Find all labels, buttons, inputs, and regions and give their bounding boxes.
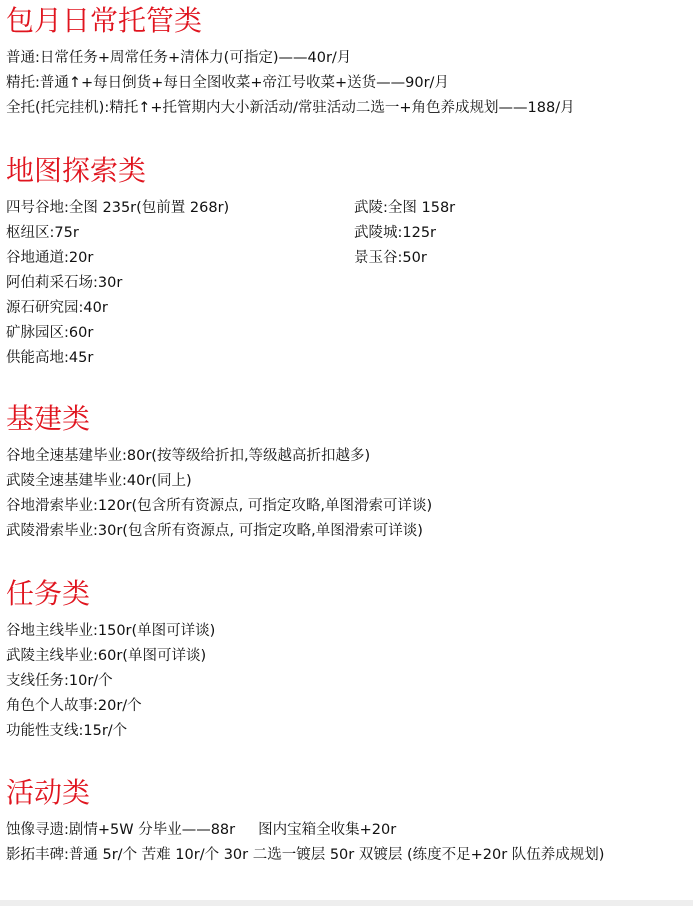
list-item: 精托:普通↑+每日倒货+每日全图收菜+帝江号收菜+送货——90r/月: [6, 71, 691, 96]
section-build: 基建类 谷地全速基建毕业:80r(按等级给折扣,等级越高折扣越多) 武陵全速基建…: [6, 402, 691, 544]
section-monthly: 包月日常托管类 普通:日常任务+周常任务+清体力(可指定)——40r/月 精托:…: [6, 4, 691, 121]
section-heading: 任务类: [6, 577, 691, 611]
map-column-right: 武陵:全图 158r 武陵城:125r 景玉谷:50r: [354, 196, 455, 271]
section-heading: 包月日常托管类: [6, 4, 691, 38]
list-item: 蚀像寻遗:剧情+5W 分毕业——88r 图内宝箱全收集+20r: [6, 818, 691, 843]
list-item: 枢纽区:75r: [6, 221, 229, 246]
list-item: 谷地滑索毕业:120r(包含所有资源点, 可指定攻略,单图滑索可详谈): [6, 494, 691, 519]
section-map: 地图探索类 四号谷地:全图 235r(包前置 268r) 枢纽区:75r 谷地通…: [6, 154, 691, 196]
section-heading: 地图探索类: [6, 154, 691, 188]
list-item: 全托(托完挂机):精托↑+托管期内大小新活动/常驻活动二选一+角色养成规划——1…: [6, 96, 691, 121]
section-heading: 基建类: [6, 402, 691, 436]
section-event: 活动类 蚀像寻遗:剧情+5W 分毕业——88r 图内宝箱全收集+20r 影拓丰碑…: [6, 776, 691, 868]
list-item: 影拓丰碑:普通 5r/个 苦难 10r/个 30r 二选一镀层 50r 双镀层 …: [6, 843, 686, 868]
list-item: 谷地通道:20r: [6, 246, 229, 271]
section-heading: 活动类: [6, 776, 691, 810]
list-item: 支线任务:10r/个: [6, 669, 691, 694]
section-quest: 任务类 谷地主线毕业:150r(单图可详谈) 武陵主线毕业:60r(单图可详谈)…: [6, 577, 691, 744]
list-item: 武陵城:125r: [354, 221, 455, 246]
map-column-left: 四号谷地:全图 235r(包前置 268r) 枢纽区:75r 谷地通道:20r …: [6, 196, 229, 371]
list-item: 供能高地:45r: [6, 346, 229, 371]
list-item: 四号谷地:全图 235r(包前置 268r): [6, 196, 229, 221]
list-item: 武陵:全图 158r: [354, 196, 455, 221]
list-item: 武陵滑索毕业:30r(包含所有资源点, 可指定攻略,单图滑索可详谈): [6, 519, 691, 544]
list-item: 武陵全速基建毕业:40r(同上): [6, 469, 691, 494]
list-item: 源石研究园:40r: [6, 296, 229, 321]
list-item: 武陵主线毕业:60r(单图可详谈): [6, 644, 691, 669]
bottom-strip: [0, 900, 693, 906]
list-item: 普通:日常任务+周常任务+清体力(可指定)——40r/月: [6, 46, 691, 71]
price-list-page: 包月日常托管类 普通:日常任务+周常任务+清体力(可指定)——40r/月 精托:…: [0, 0, 693, 900]
list-item: 矿脉园区:60r: [6, 321, 229, 346]
list-item: 谷地主线毕业:150r(单图可详谈): [6, 619, 691, 644]
list-item: 功能性支线:15r/个: [6, 719, 691, 744]
list-item: 阿伯莉采石场:30r: [6, 271, 229, 296]
list-item: 景玉谷:50r: [354, 246, 455, 271]
list-item: 谷地全速基建毕业:80r(按等级给折扣,等级越高折扣越多): [6, 444, 691, 469]
list-item: 角色个人故事:20r/个: [6, 694, 691, 719]
